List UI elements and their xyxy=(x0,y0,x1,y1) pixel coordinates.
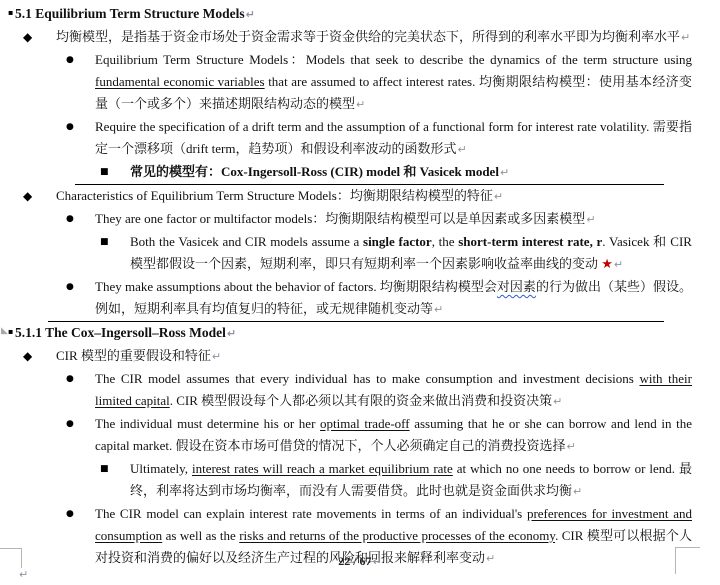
section-heading: ▪5.1 Equilibrium Term Structure Models↵ xyxy=(0,3,692,26)
text-run: CIR 模型的重要假设和特征 xyxy=(56,348,211,363)
text-run: 5.1 Equilibrium Term Structure Models xyxy=(15,6,245,21)
circle-bullet-icon: ● xyxy=(66,116,74,138)
page-number: 22 / 67↵ xyxy=(0,550,720,573)
document-page: ▪5.1 Equilibrium Term Structure Models↵◆… xyxy=(0,0,720,585)
page-number-text: 22 / 67 xyxy=(338,554,371,568)
list-item: ●They are one factor or multifactor mode… xyxy=(0,208,692,231)
circle-bullet-icon: ● xyxy=(66,503,74,525)
paragraph-mark-icon: ↵ xyxy=(493,190,503,203)
paragraph-text: 常见的模型有：Cox-Ingersoll-Ross (CIR) model 和 … xyxy=(130,164,499,179)
paragraph-mark-icon: ↵ xyxy=(433,303,443,316)
list-item: ●Equilibrium Term Structure Models：Model… xyxy=(0,49,692,116)
paragraph-mark-icon: ↵ xyxy=(585,213,595,226)
paragraph-text: Require the specification of a drift ter… xyxy=(95,119,692,156)
document-content: ▪5.1 Equilibrium Term Structure Models↵◆… xyxy=(0,3,692,570)
paragraph-text: They are one factor or multifactor model… xyxy=(95,211,585,226)
text-run: . CIR 模型假设每个人都必须以其有限的资金来做出消费和投资决策 xyxy=(170,393,552,408)
circle-bullet-icon: ● xyxy=(66,413,74,435)
text-run: They are one factor or multifactor model… xyxy=(95,211,585,226)
paragraph-mark-icon: ↵ xyxy=(211,350,221,363)
text-run: The CIR model can explain interest rate … xyxy=(95,506,527,521)
text-run: 常见的模型有：Cox-Ingersoll-Ross (CIR) model 和 … xyxy=(130,164,499,179)
paragraph-mark-icon: ↵ xyxy=(552,395,562,408)
text-run: The individual must determine his or her xyxy=(95,416,320,431)
diamond-bullet-icon: ◆ xyxy=(23,26,32,48)
text-run: interest rates will reach a market equil… xyxy=(192,461,453,476)
text-run: optimal trade-off xyxy=(320,416,410,431)
paragraph-mark-icon: ↵ xyxy=(226,327,236,340)
heading-square-bullet-icon: ▪ xyxy=(8,2,13,24)
text-run: , the xyxy=(432,234,459,249)
diamond-bullet-icon: ◆ xyxy=(23,185,32,207)
list-item: ●They make assumptions about the behavio… xyxy=(0,276,692,321)
text-run: The CIR model assumes that every individ… xyxy=(95,371,639,386)
paragraph-mark-icon: ↵ xyxy=(613,258,623,271)
paragraph-text: 5.1 Equilibrium Term Structure Models xyxy=(15,6,245,21)
paragraph-text: The individual must determine his or her… xyxy=(95,416,692,453)
circle-bullet-icon: ● xyxy=(66,49,74,71)
paragraph-mark-icon: ↵ xyxy=(680,31,690,44)
paragraph-mark-icon: ↵ xyxy=(372,555,382,568)
paragraph-text: Ultimately, interest rates will reach a … xyxy=(130,461,692,498)
list-item: ◆Characteristics of Equilibrium Term Str… xyxy=(0,185,692,208)
list-item: ●The individual must determine his or he… xyxy=(0,413,692,458)
paragraph-text: Equilibrium Term Structure Models：Models… xyxy=(95,52,692,111)
paragraph-mark-icon: ↵ xyxy=(566,440,576,453)
text-run: as well as the xyxy=(162,528,239,543)
text-run: Characteristics of Equilibrium Term Stru… xyxy=(56,188,493,203)
paragraph-text: 5.1.1 The Cox–Ingersoll–Ross Model xyxy=(15,325,226,340)
square-bullet-icon: ■ xyxy=(100,458,109,480)
section-heading: ◣▪5.1.1 The Cox–Ingersoll–Ross Model↵ xyxy=(0,322,692,345)
list-item: ■Both the Vasicek and CIR models assume … xyxy=(0,231,692,276)
outline-triangle-icon: ◣ xyxy=(1,320,8,342)
text-run: Equilibrium Term Structure Models：Models… xyxy=(95,52,692,67)
text-run: 5.1.1 The Cox–Ingersoll–Ross Model xyxy=(15,325,226,340)
paragraph-mark-icon: ↵ xyxy=(572,485,582,498)
diamond-bullet-icon: ◆ xyxy=(23,345,32,367)
list-item: ●The CIR model assumes that every indivi… xyxy=(0,368,692,413)
paragraph-text: Both the Vasicek and CIR models assume a… xyxy=(130,234,692,271)
text-run: 对因素 xyxy=(497,279,536,294)
paragraph-mark-icon: ↵ xyxy=(355,98,365,111)
circle-bullet-icon: ● xyxy=(66,368,74,390)
circle-bullet-icon: ● xyxy=(66,208,74,230)
text-run: They make assumptions about the behavior… xyxy=(95,279,497,294)
list-item: ◆CIR 模型的重要假设和特征↵ xyxy=(0,345,692,368)
list-item: ◆均衡模型，是指基于资金市场处于资金需求等于资金供给的完美状态下，所得到的利率水… xyxy=(0,26,692,49)
heading-square-bullet-icon: ▪ xyxy=(8,321,13,343)
paragraph-mark-icon: ↵ xyxy=(245,8,255,21)
text-run: Ultimately, xyxy=(130,461,192,476)
text-run: risks and returns of the productive proc… xyxy=(239,528,555,543)
text-run: short-term interest rate, r xyxy=(458,234,602,249)
paragraph-text: 均衡模型，是指基于资金市场处于资金需求等于资金供给的完美状态下，所得到的利率水平… xyxy=(56,29,680,44)
square-bullet-icon: ■ xyxy=(100,231,109,253)
paragraph-mark-icon: ↵ xyxy=(499,166,509,179)
paragraph-text: They make assumptions about the behavior… xyxy=(95,279,692,316)
list-item: ■Ultimately, interest rates will reach a… xyxy=(0,458,692,503)
star-icon: ★ xyxy=(601,257,613,272)
paragraph-text: Characteristics of Equilibrium Term Stru… xyxy=(56,188,493,203)
list-item: ●Require the specification of a drift te… xyxy=(0,116,692,161)
text-run: fundamental economic variables xyxy=(95,74,265,89)
text-run: 均衡模型，是指基于资金市场处于资金需求等于资金供给的完美状态下，所得到的利率水平… xyxy=(56,29,680,44)
square-bullet-icon: ■ xyxy=(100,161,109,183)
text-run: Both the Vasicek and CIR models assume a xyxy=(130,234,363,249)
paragraph-mark-icon: ↵ xyxy=(456,143,466,156)
paragraph-text: CIR 模型的重要假设和特征 xyxy=(56,348,211,363)
list-item: ■常见的模型有：Cox-Ingersoll-Ross (CIR) model 和… xyxy=(0,161,692,184)
text-run: single factor xyxy=(363,234,432,249)
circle-bullet-icon: ● xyxy=(66,276,74,298)
paragraph-text: The CIR model assumes that every individ… xyxy=(95,371,692,408)
text-run: Require the specification of a drift ter… xyxy=(95,119,692,156)
